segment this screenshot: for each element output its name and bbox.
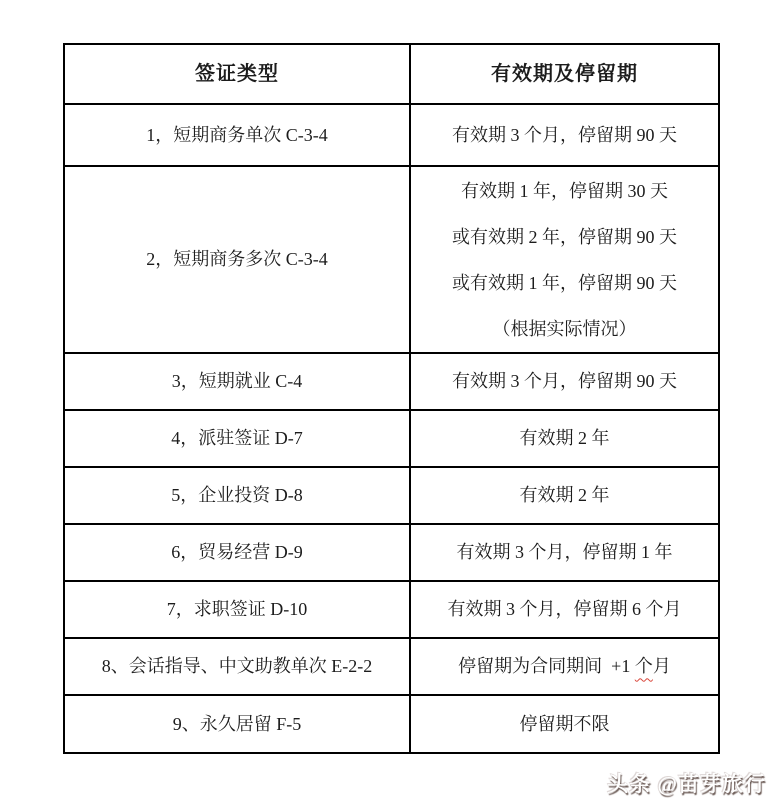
validity-cell: 有效期 3 个月，停留期 90 天 (410, 104, 719, 166)
visa-validity-table: 签证类型 有效期及停留期 1，短期商务单次 C-3-4 有效期 3 个月，停留期… (63, 43, 720, 754)
table-row: 4，派驻签证 D-7 有效期 2 年 (64, 410, 719, 467)
visa-type-cell: 1，短期商务单次 C-3-4 (64, 104, 410, 166)
table-row: 5，企业投资 D-8 有效期 2 年 (64, 467, 719, 524)
visa-type-cell: 9、永久居留 F-5 (64, 695, 410, 753)
toutiao-watermark: 头条 @苗芽旅行 (607, 768, 766, 798)
validity-cell: 有效期 2 年 (410, 410, 719, 467)
validity-text-suffix: 月 (653, 656, 671, 676)
visa-type-cell: 3，短期就业 C-4 (64, 353, 410, 410)
validity-cell: 有效期 3 个月，停留期 90 天 (410, 353, 719, 410)
visa-type-cell: 5，企业投资 D-8 (64, 467, 410, 524)
validity-cell: 有效期 2 年 (410, 467, 719, 524)
table-row: 3，短期就业 C-4 有效期 3 个月，停留期 90 天 (64, 353, 719, 410)
validity-line: 或有效期 2 年，停留期 90 天 (417, 214, 712, 260)
table-row: 8、会话指导、中文助教单次 E-2-2 停留期为合同期间 +1 个月 (64, 638, 719, 695)
validity-line: 有效期 1 年，停留期 30 天 (417, 168, 712, 214)
validity-line: （根据实际情况） (417, 306, 712, 352)
table-header-row: 签证类型 有效期及停留期 (64, 44, 719, 104)
validity-cell: 停留期为合同期间 +1 个月 (410, 638, 719, 695)
visa-type-cell: 2，短期商务多次 C-3-4 (64, 166, 410, 353)
visa-type-cell: 7，求职签证 D-10 (64, 581, 410, 638)
visa-type-cell: 8、会话指导、中文助教单次 E-2-2 (64, 638, 410, 695)
validity-line: 或有效期 1 年，停留期 90 天 (417, 260, 712, 306)
validity-cell: 停留期不限 (410, 695, 719, 753)
table-row: 2，短期商务多次 C-3-4 有效期 1 年，停留期 30 天 或有效期 2 年… (64, 166, 719, 353)
validity-cell: 有效期 3 个月，停留期 6 个月 (410, 581, 719, 638)
visa-type-cell: 6，贸易经营 D-9 (64, 524, 410, 581)
validity-cell: 有效期 3 个月，停留期 1 年 (410, 524, 719, 581)
validity-cell: 有效期 1 年，停留期 30 天 或有效期 2 年，停留期 90 天 或有效期 … (410, 166, 719, 353)
validity-text-prefix: 停留期为合同期间 +1 (458, 656, 635, 676)
header-cell-validity: 有效期及停留期 (410, 44, 719, 104)
table-row: 6，贸易经营 D-9 有效期 3 个月，停留期 1 年 (64, 524, 719, 581)
table-row: 1，短期商务单次 C-3-4 有效期 3 个月，停留期 90 天 (64, 104, 719, 166)
header-cell-visa-type: 签证类型 (64, 44, 410, 104)
table-row: 7，求职签证 D-10 有效期 3 个月，停留期 6 个月 (64, 581, 719, 638)
table-row: 9、永久居留 F-5 停留期不限 (64, 695, 719, 753)
spellcheck-wavy-text: 个 (635, 656, 653, 676)
visa-type-cell: 4，派驻签证 D-7 (64, 410, 410, 467)
